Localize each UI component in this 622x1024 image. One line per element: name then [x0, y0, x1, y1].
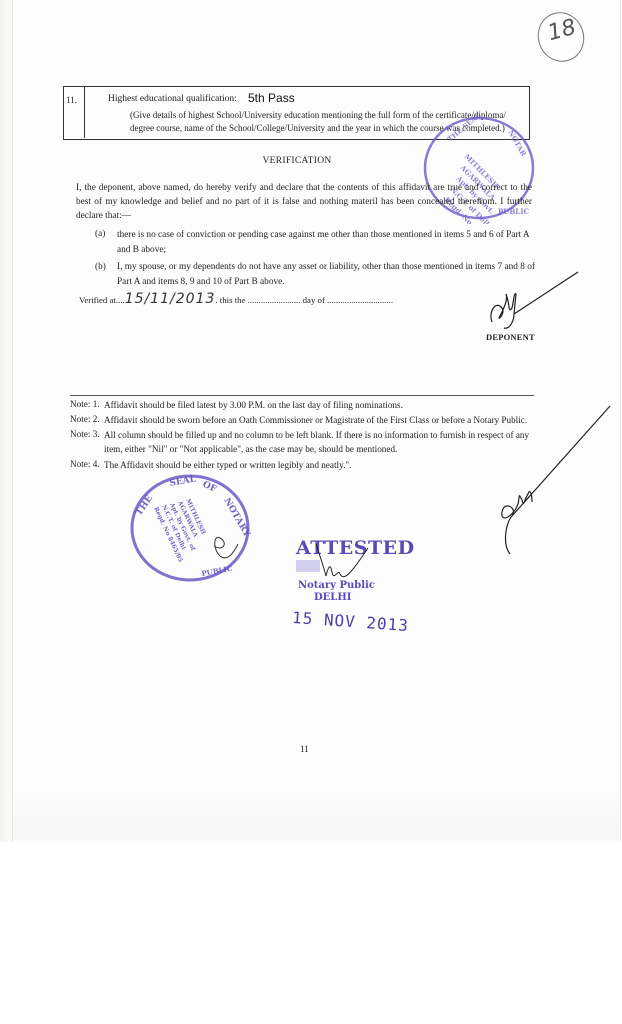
- dot-leader: ........................: [245, 295, 302, 305]
- item-b-text: I, my spouse, or my dependents do not ha…: [117, 260, 535, 289]
- scan-bottom-fade: [14, 790, 619, 840]
- notary-initial-signature: [312, 542, 372, 588]
- note-1-label: Note: 1.: [70, 399, 100, 409]
- note-3-label: Note: 3.: [70, 429, 100, 439]
- note-2-label: Note: 2.: [70, 414, 100, 424]
- question-number: 11.: [66, 95, 77, 105]
- attested-city: DELHI: [314, 592, 351, 603]
- deponent-label: DEPONENT: [486, 332, 535, 342]
- dot-leader: ....: [116, 295, 125, 305]
- deponent-signature: [484, 270, 584, 334]
- page-number: 11: [300, 744, 309, 754]
- svg-text:PUBLIC: PUBLIC: [201, 564, 234, 578]
- note-2-text: Affidavit should be sworn before an Oath…: [104, 413, 544, 427]
- note-4-label: Note: 4.: [70, 459, 100, 469]
- svg-text:THE SEAL: THE SEAL: [446, 112, 483, 144]
- verified-line: Verified at....15/11/2013. this the ....…: [79, 291, 393, 307]
- verification-paragraph: I, the deponent, above named, do hereby …: [76, 181, 532, 223]
- verification-heading: VERIFICATION: [0, 156, 594, 166]
- deponent-signature-2: [498, 404, 614, 560]
- note-1-text: Affidavit should be filed latest by 3.00…: [104, 398, 544, 412]
- note-4-text: The Affidavit should be either typed or …: [104, 458, 544, 472]
- svg-text:SEAL: SEAL: [169, 474, 198, 489]
- this-the-label: this the: [220, 295, 246, 305]
- divider-rule: [70, 395, 534, 396]
- item-a-text: there is no case of conviction or pendin…: [117, 228, 535, 257]
- item-a-marker: (a): [95, 229, 105, 239]
- day-of-label: day of: [303, 295, 325, 305]
- verified-at-label: Verified at: [79, 295, 116, 305]
- verified-at-value: 15/11/2013: [125, 291, 216, 307]
- question-number-cell: [63, 86, 85, 138]
- item-b-marker: (b): [95, 262, 106, 272]
- note-3-text: All column should be filled up and no co…: [104, 428, 544, 456]
- scan-edge-shadow: [0, 0, 12, 842]
- notary-seal: THE SEAL OF NOTARY MITHLESH AGARWALA Apt…: [128, 472, 256, 584]
- question-value: 5th Pass: [248, 91, 295, 105]
- dot-leader: ..............................: [325, 295, 393, 305]
- question-label: Highest educational qualification:: [108, 94, 237, 104]
